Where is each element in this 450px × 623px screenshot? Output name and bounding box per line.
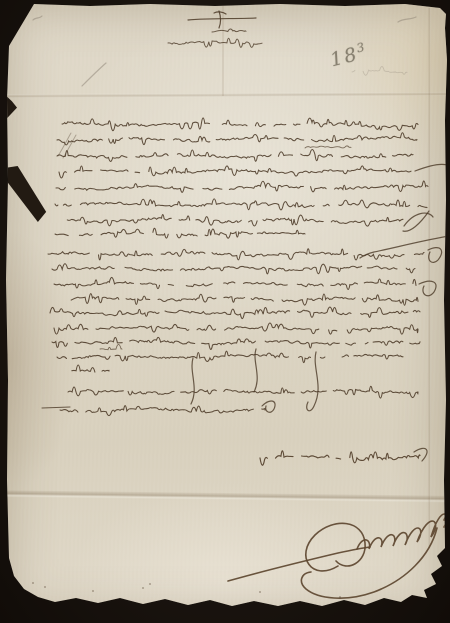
margin-slash-mark	[58, 133, 71, 156]
pencil-mark	[33, 16, 42, 20]
ink-speck	[142, 587, 144, 589]
vertical-fold-crease-center	[222, 4, 224, 96]
ink-speck	[339, 596, 341, 598]
paragraph-2-line	[72, 365, 109, 372]
interlinear-insertion	[100, 344, 122, 349]
signature-rubric	[357, 514, 447, 549]
manuscript-page: 183	[0, 0, 450, 623]
paper-tear-left-small	[0, 90, 17, 122]
pen-flourish	[191, 358, 194, 404]
salutation-line	[212, 29, 246, 32]
pencil-mark	[398, 17, 416, 22]
folio-number: 183	[328, 40, 368, 71]
pencil-mark	[82, 63, 106, 86]
paragraph-1-line	[57, 133, 417, 145]
paragraph-2-line	[52, 264, 415, 274]
signature-rubric	[306, 523, 365, 571]
pen-flourish	[404, 213, 433, 226]
paper-tear-left-large	[2, 166, 48, 222]
paragraph-2-line	[57, 351, 403, 363]
paragraph-1-line	[67, 215, 403, 227]
paragraph-1-line	[55, 199, 427, 210]
pen-flourish	[307, 352, 318, 411]
vertical-fold-crease-right	[428, 8, 431, 548]
paragraph-1-line	[57, 149, 413, 161]
handwriting-layer	[0, 0, 450, 623]
paragraph-1-line	[56, 181, 428, 192]
paragraph-2-line	[52, 337, 420, 349]
paragraph-1-line	[59, 166, 411, 178]
paragraph-2-line	[54, 323, 418, 334]
margin-slash-mark	[63, 135, 76, 158]
cross-mark	[219, 11, 221, 28]
paragraph-2-line	[50, 307, 420, 319]
pen-flourish	[262, 401, 275, 412]
pen-flourish	[419, 281, 436, 296]
cross-mark	[214, 12, 226, 14]
paragraph-2-line	[71, 294, 418, 306]
signature-rubric	[301, 528, 437, 598]
signature-rubric	[444, 491, 449, 520]
paragraph-2-line	[54, 277, 416, 289]
pen-flourish	[415, 164, 447, 171]
signature-rubric	[228, 547, 370, 581]
ink-speck	[44, 586, 46, 588]
ink-speck	[32, 582, 34, 584]
paragraph-2-line	[48, 249, 424, 260]
pen-flourish	[428, 248, 442, 263]
cross-mark	[188, 18, 256, 20]
ink-speck	[259, 591, 261, 593]
paragraph-1-line	[55, 228, 305, 238]
paragraph-3-line	[68, 386, 418, 398]
paragraph-3-line	[60, 406, 265, 416]
pen-flourish	[360, 236, 449, 258]
leading-dash	[42, 407, 70, 408]
paragraph-1-line	[62, 118, 418, 131]
closing-line	[260, 451, 420, 465]
horizontal-fold-crease-lower	[4, 490, 448, 502]
horizontal-fold-crease-upper	[6, 92, 446, 98]
pen-flourish	[403, 211, 429, 231]
interlinear-insertion	[352, 66, 407, 75]
pen-flourish	[254, 349, 257, 392]
paper-edge-shading	[0, 0, 450, 623]
ink-speck	[92, 590, 94, 592]
pen-flourish	[414, 448, 427, 461]
scan-background: 183	[0, 0, 450, 623]
interlinear-insertion	[305, 146, 351, 148]
ink-speck	[149, 583, 151, 585]
salutation-line	[168, 38, 262, 47]
paper-texture	[0, 0, 450, 623]
